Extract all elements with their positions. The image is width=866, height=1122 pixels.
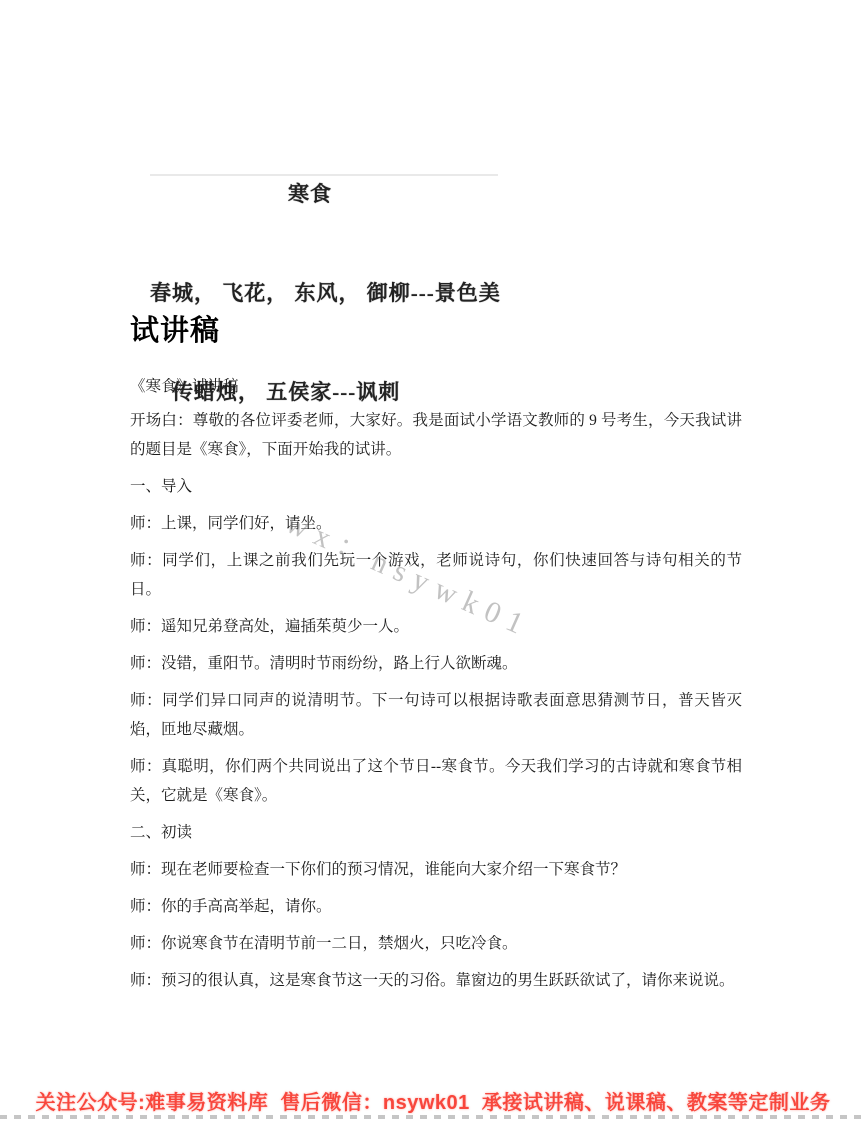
section-heading-2: 二、初读 bbox=[130, 818, 742, 847]
paragraph: 师：你的手高高举起，请你。 bbox=[130, 892, 742, 921]
document-page: { "page": { "background": "#ffffff" }, "… bbox=[0, 0, 866, 1122]
paragraph: 师：你说寒食节在清明节前一二日，禁烟火，只吃冷食。 bbox=[130, 929, 742, 958]
poem-analysis-line-1: 春城， 飞花， 东风， 御柳---景色美 bbox=[150, 277, 501, 310]
page-title: 试讲稿 bbox=[130, 308, 220, 349]
paragraph: 师：现在老师要检查一下你们的预习情况，谁能向大家介绍一下寒食节？ bbox=[130, 855, 742, 884]
paragraph-opening: 开场白：尊敬的各位评委老师，大家好。我是面试小学语文教师的 9 号考生，今天我试… bbox=[130, 406, 742, 464]
bottom-dash-strip bbox=[0, 1115, 866, 1119]
document-subtitle: 《寒食》试讲稿 bbox=[130, 374, 239, 396]
paragraph: 师：上课，同学们好，请坐。 bbox=[130, 509, 742, 538]
paragraph: 师：真聪明，你们两个共同说出了这个节日--寒食节。今天我们学习的古诗就和寒食节相… bbox=[130, 752, 742, 810]
poem-title: 寒食 bbox=[288, 178, 501, 211]
paragraph: 师：同学们，上课之前我们先玩一个游戏，老师说诗句，你们快速回答与诗句相关的节日。 bbox=[130, 546, 742, 604]
section-heading-1: 一、导入 bbox=[130, 472, 742, 501]
paragraph: 师：没错，重阳节。清明时节雨纷纷，路上行人欲断魂。 bbox=[130, 649, 742, 678]
document-body: 开场白：尊敬的各位评委老师，大家好。我是面试小学语文教师的 9 号考生，今天我试… bbox=[130, 406, 742, 1003]
scan-artifact-line bbox=[150, 174, 498, 176]
paragraph: 师：遥知兄弟登高处，遍插茱萸少一人。 bbox=[130, 612, 742, 641]
paragraph: 师：同学们异口同声的说清明节。下一句诗可以根据诗歌表面意思猜测节日，普天皆灭焰，… bbox=[130, 686, 742, 744]
promo-banner: 关注公众号:难事易资料库 售后微信：nsywk01 承接试讲稿、说课稿、教案等定… bbox=[0, 1086, 866, 1115]
paragraph: 师：预习的很认真，这是寒食节这一天的习俗。靠窗边的男生跃跃欲试了，请你来说说。 bbox=[130, 966, 742, 995]
